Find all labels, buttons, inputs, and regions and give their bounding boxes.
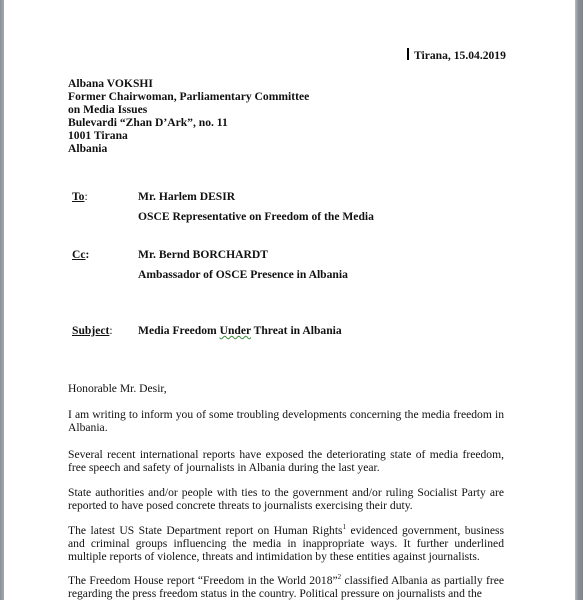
- subject-text: Media Freedom Under Threat in Albania: [138, 324, 342, 337]
- subject-text-part: Media Freedom: [138, 324, 220, 337]
- sender-title: Former Chairwoman, Parliamentary Committ…: [68, 90, 309, 103]
- grammar-flagged-word[interactable]: Under: [220, 324, 251, 337]
- subject-colon: :: [109, 324, 112, 337]
- to-colon: :: [84, 190, 87, 203]
- body-paragraph: The latest US State Department report on…: [68, 524, 504, 563]
- body-paragraph: I am writing to inform you of some troub…: [68, 408, 504, 434]
- body-paragraph: State authorities and/or people with tie…: [68, 486, 504, 512]
- body-paragraph: Several recent international reports hav…: [68, 448, 504, 474]
- to-name: Mr. Harlem DESIR: [138, 190, 235, 203]
- cc-label: Cc: [72, 248, 86, 261]
- sender-address-block: Albana VOKSHI Former Chairwoman, Parliam…: [68, 77, 309, 155]
- sender-country: Albania: [68, 142, 309, 155]
- sender-street: Bulevardi “Zhan D’Ark”, no. 11: [68, 116, 309, 129]
- to-title: OSCE Representative on Freedom of the Me…: [138, 210, 374, 223]
- cc-name: Mr. Bernd BORCHARDT: [138, 248, 268, 261]
- subject-text-part: Threat in Albania: [251, 324, 342, 337]
- text-cursor: [407, 48, 409, 60]
- letter-date: Tirana, 15.04.2019: [414, 49, 506, 62]
- cc-title: Ambassador of OSCE Presence in Albania: [138, 268, 348, 281]
- body-paragraph: The Freedom House report “Freedom in the…: [68, 574, 504, 600]
- vertical-scrollbar[interactable]: [575, 0, 583, 600]
- sender-name: Albana VOKSHI: [68, 77, 309, 90]
- subject-label-wrap: Subject:: [72, 324, 113, 337]
- to-label-wrap: To:: [72, 190, 88, 203]
- salutation: Honorable Mr. Desir,: [68, 382, 504, 395]
- sender-title-cont: on Media Issues: [68, 103, 309, 116]
- paragraph-text: The Freedom House report “Freedom in the…: [68, 574, 338, 587]
- paragraph-text: The latest US State Department report on…: [68, 524, 343, 537]
- cc-label-wrap: Cc:: [72, 248, 89, 261]
- letter-date-line: Tirana, 15.04.2019: [407, 48, 506, 62]
- to-label: To: [72, 190, 84, 203]
- cc-colon: :: [86, 248, 90, 261]
- sender-city: 1001 Tirana: [68, 129, 309, 142]
- subject-label: Subject: [72, 324, 109, 337]
